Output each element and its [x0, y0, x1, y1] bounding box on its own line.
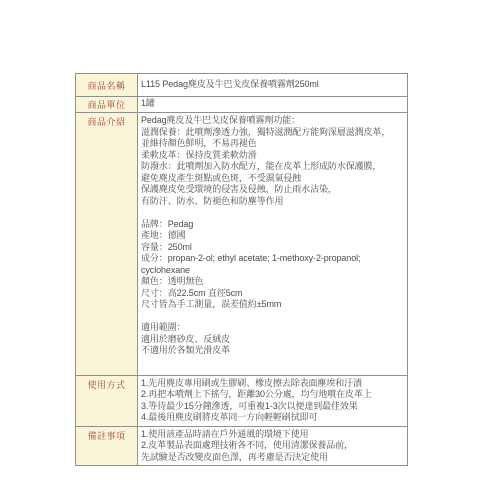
- table-row: 商品單位1罐: [76, 97, 408, 113]
- content-line: 避免麂皮產生斑點或色斑，不受濕氣侵蝕: [141, 173, 404, 185]
- content-line: 1.先用麂皮專用刷或生膠刷、橡皮擦去除表面塵埃和汙漬: [141, 378, 404, 390]
- content-line: L115 Pedag麂皮及牛巴戈皮保養噴霧劑250ml: [141, 79, 404, 91]
- content-line: 1.使用該產品時請在戶外通風的環境下使用: [141, 429, 404, 441]
- content-line: 柔軟皮革：保持皮質柔軟幼滑: [141, 150, 404, 162]
- content-line: 2.皮革製品表面處理技術各不同，使用清潔保養品前，: [141, 440, 404, 452]
- row-content: L115 Pedag麂皮及牛巴戈皮保養噴霧劑250ml: [138, 74, 408, 97]
- content-line: 適用範圍：: [141, 322, 404, 334]
- table-row: 商品名稱L115 Pedag麂皮及牛巴戈皮保養噴霧劑250ml: [76, 74, 408, 97]
- row-content: Pedag麂皮及牛巴戈皮保養噴霧劑功能：滋潤保養：此噴劑滲透力強，獨特滋潤配方能…: [138, 113, 408, 376]
- content-line: 產地：德國: [141, 230, 404, 242]
- content-line: 容量：250ml: [141, 242, 404, 254]
- product-detail-page: 商品名稱L115 Pedag麂皮及牛巴戈皮保養噴霧劑250ml商品單位1罐商品介…: [0, 0, 480, 480]
- table-row: 商品介紹Pedag麂皮及牛巴戈皮保養噴霧劑功能：滋潤保養：此噴劑滲透力強，獨特滋…: [76, 113, 408, 376]
- content-line: [141, 207, 404, 219]
- content-line: 滋潤保養：此噴劑滲透力強，獨特滋潤配方能夠深層滋潤皮革，: [141, 127, 404, 139]
- content-line: 品牌：Pedag: [141, 219, 404, 231]
- content-line: 並維持顏色鮮明，不易再褪色: [141, 138, 404, 150]
- content-line: 3.等待最少15分鐘滲透，可重複1-3次以便達到最佳效果: [141, 401, 404, 413]
- content-line: 尺寸：高22.5cm 直徑5cm: [141, 288, 404, 300]
- row-content: 1.先用麂皮專用刷或生膠刷、橡皮擦去除表面塵埃和汙漬2.再把本噴劑上下搖勻，距離…: [138, 375, 408, 426]
- content-line: 成分：propan-2-ol; ethyl acetate; 1-methoxy…: [141, 253, 404, 276]
- row-label: 商品介紹: [76, 113, 138, 376]
- content-line: 防潑水：此噴劑加入防水配方，能在皮革上形成防水保護膜，: [141, 161, 404, 173]
- table-row: 使用方式1.先用麂皮專用刷或生膠刷、橡皮擦去除表面塵埃和汙漬2.再把本噴劑上下搖…: [76, 375, 408, 426]
- row-label: 商品名稱: [76, 74, 138, 97]
- row-content: 1.使用該產品時請在戶外通風的環境下使用2.皮革製品表面處理技術各不同，使用清潔…: [138, 426, 408, 466]
- content-line: 2.再把本噴劑上下搖勻，距離30公分處，均勻地噴在皮革上: [141, 389, 404, 401]
- content-line: Pedag麂皮及牛巴戈皮保養噴霧劑功能：: [141, 115, 404, 127]
- content-line: 有防汗、防水、防褪色和防塵等作用: [141, 196, 404, 208]
- product-info-table: 商品名稱L115 Pedag麂皮及牛巴戈皮保養噴霧劑250ml商品單位1罐商品介…: [75, 73, 408, 466]
- content-line: 1罐: [141, 98, 404, 110]
- content-line: 適用於磨砂皮、反絨皮: [141, 334, 404, 346]
- row-label: 備註事項: [76, 426, 138, 466]
- table-row: 備註事項1.使用該產品時請在戶外通風的環境下使用2.皮革製品表面處理技術各不同，…: [76, 426, 408, 466]
- row-label: 使用方式: [76, 375, 138, 426]
- content-line: 保護麂皮免受環境的侵害及侵蝕，防止雨水沾染，: [141, 184, 404, 196]
- content-line: 不適用於各類光滑皮革: [141, 345, 404, 357]
- content-line: 先試驗是否改變皮面色澤，再考慮是否決定使用: [141, 452, 404, 464]
- row-label: 商品單位: [76, 97, 138, 113]
- product-info-table-body: 商品名稱L115 Pedag麂皮及牛巴戈皮保養噴霧劑250ml商品單位1罐商品介…: [76, 74, 408, 466]
- content-line: 4.最後用麂皮刷將皮革同一方向輕輕刷拭即可: [141, 412, 404, 424]
- row-content: 1罐: [138, 97, 408, 113]
- content-line: 尺寸皆為手工測量，誤差值約±5mm: [141, 299, 404, 311]
- content-line: 顏色：透明無色: [141, 276, 404, 288]
- content-line: [141, 311, 404, 323]
